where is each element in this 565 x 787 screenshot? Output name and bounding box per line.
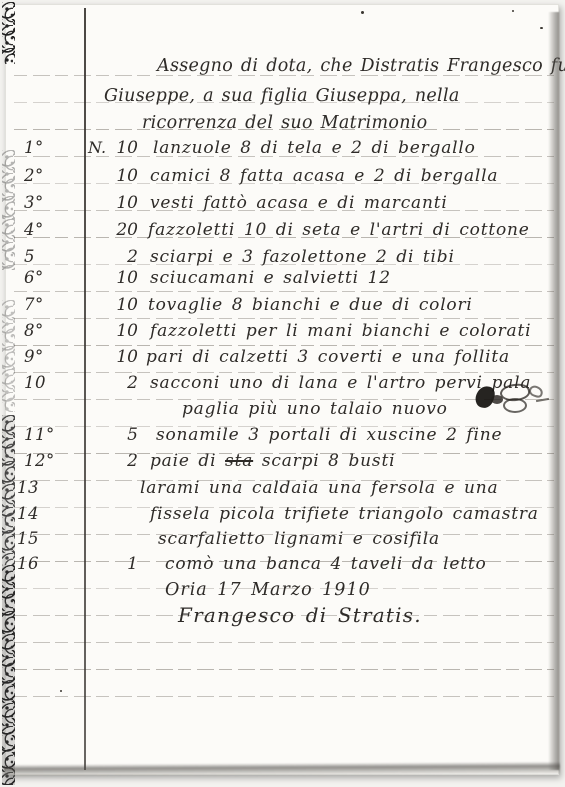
item-quantity: 2 [96,373,138,393]
item-description: scarfalietto lignami e cosifila [158,529,440,549]
ink-speck [540,27,543,29]
item-description: sonamile 3 portali di xuscine 2 fine [156,425,502,445]
item-description: larami una caldaia una fersola e una [140,478,498,498]
item-quantity: 10 [96,166,138,186]
item-description: fazzoletti per li mani bianchi e colorat… [150,321,531,341]
document-title-line-2: Giuseppe, a sua figlia Giuseppa, nella [104,86,460,106]
item-quantity: 2 [96,451,138,471]
ledger-row: 9°10pari di calzetti 3 coverti e una fol… [0,347,565,373]
item-quantity: 10 [96,347,138,367]
item-number: 16 [17,554,39,573]
item-number: 6° [24,268,44,287]
signature: Frangesco di Stratis. [178,603,422,627]
item-number: 9° [24,347,44,366]
scan-edge-noise [2,2,15,64]
ink-speck [512,10,514,12]
item-quantity: 10 [96,138,138,158]
item-number: 12° [24,451,55,470]
item-description-part: paie di [150,451,225,471]
item-description: pari di calzetti 3 coverti e una follita [146,347,510,367]
item-quantity: 10 [96,193,138,213]
item-number: 13 [17,478,39,497]
item-description: sciarpi e 3 fazolettone 2 di tibi [150,247,455,267]
item-number: 7° [24,295,44,314]
scan-edge-noise [2,415,15,565]
ledger-row: 13larami una caldaia una fersola e una [0,478,565,504]
item-quantity: 2 [96,247,138,267]
item-quantity: 10 [96,295,138,315]
item-number: 3° [24,193,44,212]
dateline: Oria 17 Marzo 1910 [165,580,371,600]
item-number: 2° [24,166,44,185]
document-title-line-3: ricorrenza del suo Matrimonio [142,113,428,133]
ink-blot [503,398,527,413]
item-description-continued: paglia più uno talaio nuovo [182,399,448,419]
ledger-row: 2°10camici 8 fatta acasa e 2 di bergalla [0,166,565,192]
ledger-row: 4°20fazzoletti 10 di seta e l'artri di c… [0,220,565,246]
ledger-row: 1°N.10lanzuole 8 di tela e 2 di bergallo [0,138,565,164]
item-number: 8° [24,321,44,340]
item-number: 14 [17,504,39,523]
item-quantity: 20 [96,220,138,240]
scan-edge-noise [2,300,15,412]
ledger-row: 8°10fazzoletti per li mani bianchi e col… [0,321,565,347]
item-number: 1° [24,138,44,157]
item-description: sacconi uno di lana e l'artro pervi pala [150,373,531,393]
ink-speck [60,690,62,692]
item-description-part: scarpi 8 busti [253,451,395,471]
ledger-row: 161comò una banca 4 taveli da letto [0,554,565,580]
item-number: 10 [24,373,46,392]
item-quantity: 10 [96,321,138,341]
scanned-ledger-page: Assegno di dota, che Distratis Frangesco… [0,0,565,787]
item-quantity: 10 [96,268,138,288]
scan-edge-noise [2,565,15,785]
document-title-line-1: Assegno di dota, che Distratis Frangesco… [157,56,565,76]
item-description: fazzoletti 10 di seta e l'artri di cotto… [148,220,530,240]
item-number: 11° [24,425,55,444]
ledger-row: 6°10sciucamani e salvietti 12 [0,268,565,294]
ledger-row: 14fissela picola trifiete triangolo cama… [0,504,565,530]
item-number: 5 [24,247,35,266]
item-number: 4° [24,220,44,239]
ledger-row: 7°10tovaglie 8 bianchi e due di colori [0,295,565,321]
ledger-row: 12°2paie di sta scarpi 8 busti [0,451,565,477]
item-description: paie di sta scarpi 8 busti [150,451,395,471]
item-description: camici 8 fatta acasa e 2 di bergalla [150,166,498,186]
item-number: 15 [17,529,39,548]
item-description: tovaglie 8 bianchi e due di colori [148,295,473,315]
ledger-row: 11°5sonamile 3 portali di xuscine 2 fine [0,425,565,451]
item-quantity: 1 [96,554,138,574]
ruled-line [14,642,554,643]
ledger-row: 15scarfalietto lignami e cosifila [0,529,565,555]
item-description: fissela picola trifiete triangolo camast… [150,504,539,524]
item-quantity: 5 [96,425,138,445]
scan-edge-noise [2,150,15,270]
item-description: sciucamani e salvietti 12 [150,268,391,288]
page-right-edge-shadow [548,12,559,770]
item-description: lanzuole 8 di tela e 2 di bergallo [153,138,476,158]
item-description: comò una banca 4 taveli da letto [165,554,487,574]
ruled-line [14,696,554,697]
page-bottom-edge-shadow [4,762,560,778]
ledger-row: 3°10vesti fattò acasa e di marcanti [0,193,565,219]
item-description: vesti fattò acasa e di marcanti [150,193,448,213]
ruled-line [14,669,554,670]
struck-word: sta [225,451,253,471]
ink-speck [361,11,364,14]
